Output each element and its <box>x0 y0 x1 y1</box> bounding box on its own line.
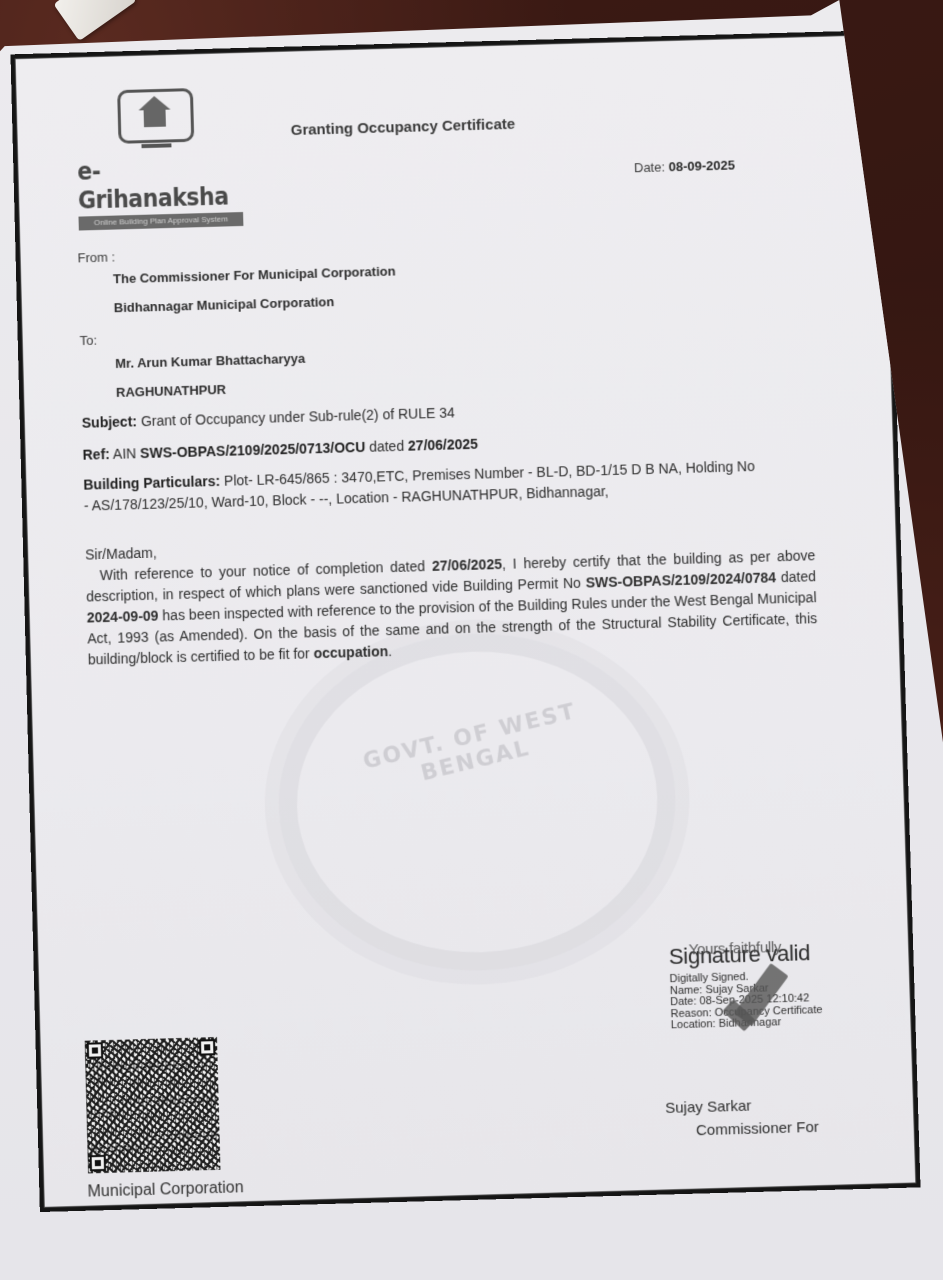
watermark-seal <box>274 628 680 976</box>
signer-name: Sujay Sarkar <box>665 1097 752 1117</box>
logo-tagline: Online Building Plan Approval System <box>78 212 243 231</box>
ref-label: Ref: <box>82 446 110 463</box>
certificate-paper: GOVT. OF WEST BENGAL e-Grihanaksha Onlin… <box>0 0 943 1280</box>
subject-label: Subject: <box>82 413 138 430</box>
from-line-1: The Commissioner For Municipal Corporati… <box>113 264 396 287</box>
house-monitor-icon <box>117 88 194 144</box>
certificate-title: Granting Occupancy Certificate <box>291 116 516 139</box>
to-label: To: <box>79 333 97 348</box>
digital-signature-block: Signature valid Yours faithfully Digital… <box>669 938 872 1031</box>
certificate-body: Sir/Madam, With reference to your notice… <box>85 524 818 670</box>
qr-caption: Municipal Corporation <box>87 1179 244 1201</box>
background-object <box>53 0 136 41</box>
date-value: 08-09-2025 <box>668 158 735 175</box>
subject-text: Grant of Occupancy under Sub-rule(2) of … <box>141 404 455 429</box>
logo-name: e-Grihanaksha <box>77 153 232 215</box>
qr-finder-icon <box>87 1042 103 1059</box>
completion-date: 27/06/2025 <box>432 556 502 574</box>
from-label: From : <box>77 249 115 265</box>
signature-details: Digitally Signed. Name: Sujay Sarkar Dat… <box>669 969 871 1032</box>
ref-prefix: AIN <box>113 445 137 462</box>
egrihanaksha-logo: e-Grihanaksha Online Building Plan Appro… <box>75 86 253 230</box>
subject-line: Subject: Grant of Occupancy under Sub-ru… <box>82 402 456 433</box>
ref-dated: dated <box>369 438 404 455</box>
qr-code[interactable] <box>85 1037 221 1173</box>
recipient-place: RAGHUNATHPUR <box>116 382 226 400</box>
certification-paragraph: With reference to your notice of complet… <box>85 545 818 670</box>
building-line-1: Plot- LR-645/865 : 3470,ETC, Premises Nu… <box>224 458 755 489</box>
reference-line: Ref: AIN SWS-OBPAS/2109/2025/0713/OCU da… <box>82 434 478 466</box>
signer-role: Commissioner For <box>696 1119 819 1140</box>
closing-text: Yours faithfully <box>688 939 781 959</box>
recipient-name: Mr. Arun Kumar Bhattacharyya <box>115 351 305 371</box>
certificate-border: GOVT. OF WEST BENGAL e-Grihanaksha Onlin… <box>10 30 920 1212</box>
permit-date: 2024-09-09 <box>87 608 159 626</box>
ref-date: 27/06/2025 <box>408 436 478 454</box>
ref-ain: SWS-OBPAS/2109/2025/0713/OCU <box>140 439 366 461</box>
building-particulars: Building Particulars: Plot- LR-645/865 :… <box>83 454 823 517</box>
building-label: Building Particulars: <box>83 473 220 493</box>
qr-finder-icon <box>90 1155 106 1172</box>
date-label: Date: <box>634 159 665 175</box>
from-line-2: Bidhannagar Municipal Corporation <box>114 294 335 315</box>
certificate-date: Date: 08-09-2025 <box>634 158 735 176</box>
permit-number: SWS-OBPAS/2109/2024/0784 <box>585 569 776 590</box>
occupation-word: occupation <box>313 643 388 661</box>
qr-finder-icon <box>199 1039 215 1056</box>
